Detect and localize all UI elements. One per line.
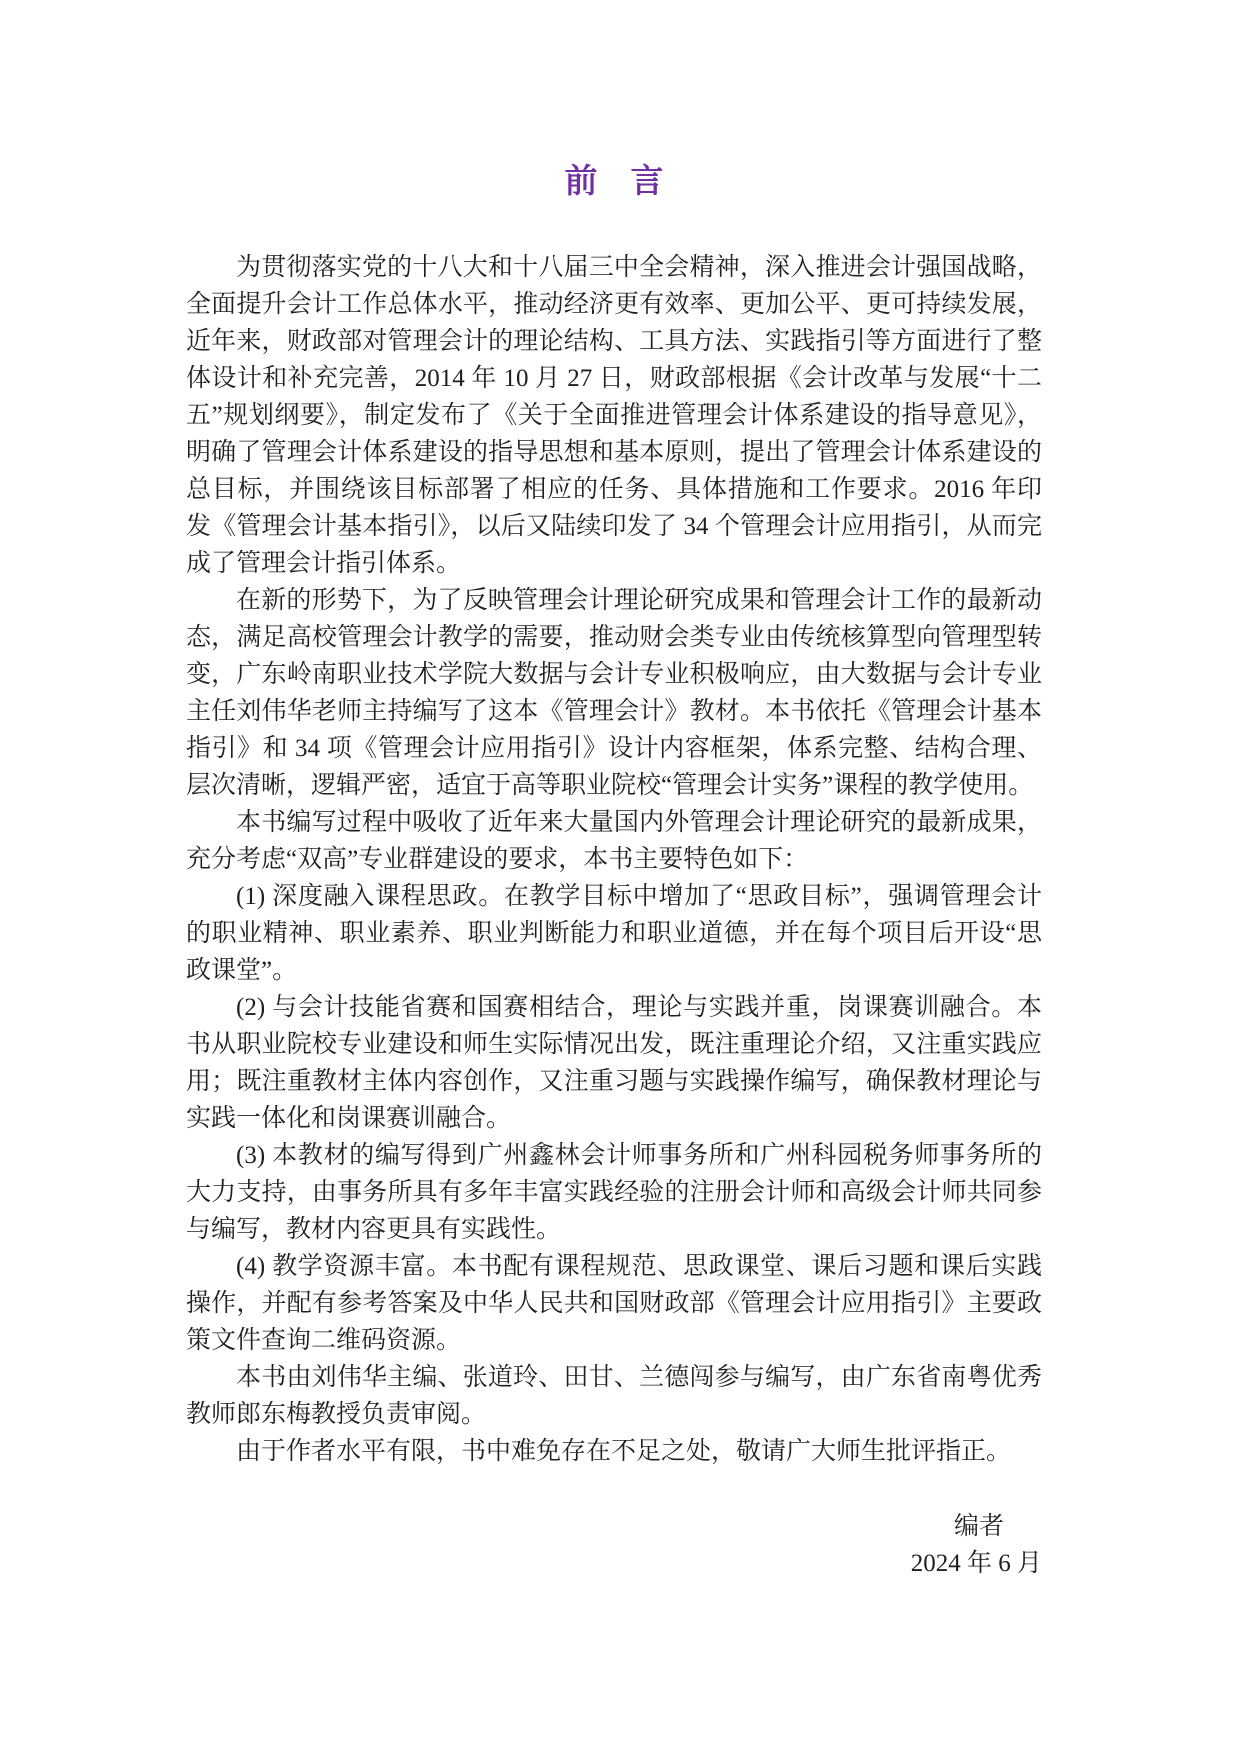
paragraph: 为贯彻落实党的十八大和十八届三中全会精神，深入推进会计强国战略，全面提升会计工作…: [186, 249, 1042, 582]
paragraph: (1) 深度融入课程思政。在教学目标中增加了“思政目标”，强调管理会计的职业精神…: [186, 878, 1042, 989]
paragraph: 由于作者水平有限，书中难免存在不足之处，敬请广大师生批评指正。: [186, 1433, 1042, 1470]
paragraph: (2) 与会计技能省赛和国赛相结合，理论与实践并重，岗课赛训融合。本书从职业院校…: [186, 989, 1042, 1137]
paragraph: (4) 教学资源丰富。本书配有课程规范、思政课堂、课后习题和课后实践操作，并配有…: [186, 1248, 1042, 1359]
paragraph: (3) 本教材的编写得到广州鑫林会计师事务所和广州科园税务师事务所的大力支持，由…: [186, 1137, 1042, 1248]
body-text: 为贯彻落实党的十八大和十八届三中全会精神，深入推进会计强国战略，全面提升会计工作…: [186, 249, 1042, 1470]
preface-page: 前 言 为贯彻落实党的十八大和十八届三中全会精神，深入推进会计强国战略，全面提升…: [0, 0, 1240, 1753]
signature-author: 编者: [186, 1508, 1042, 1545]
paragraph: 本书由刘伟华主编、张道玲、田甘、兰德闯参与编写，由广东省南粤优秀教师郎东梅教授负…: [186, 1359, 1042, 1433]
signature-date: 2024 年 6 月: [186, 1545, 1042, 1582]
signature-block: 编者 2024 年 6 月: [186, 1508, 1042, 1582]
page-title: 前 言: [186, 166, 1042, 199]
paragraph: 本书编写过程中吸收了近年来大量国内外管理会计理论研究的最新成果，充分考虑“双高”…: [186, 804, 1042, 878]
paragraph: 在新的形势下，为了反映管理会计理论研究成果和管理会计工作的最新动态，满足高校管理…: [186, 582, 1042, 804]
